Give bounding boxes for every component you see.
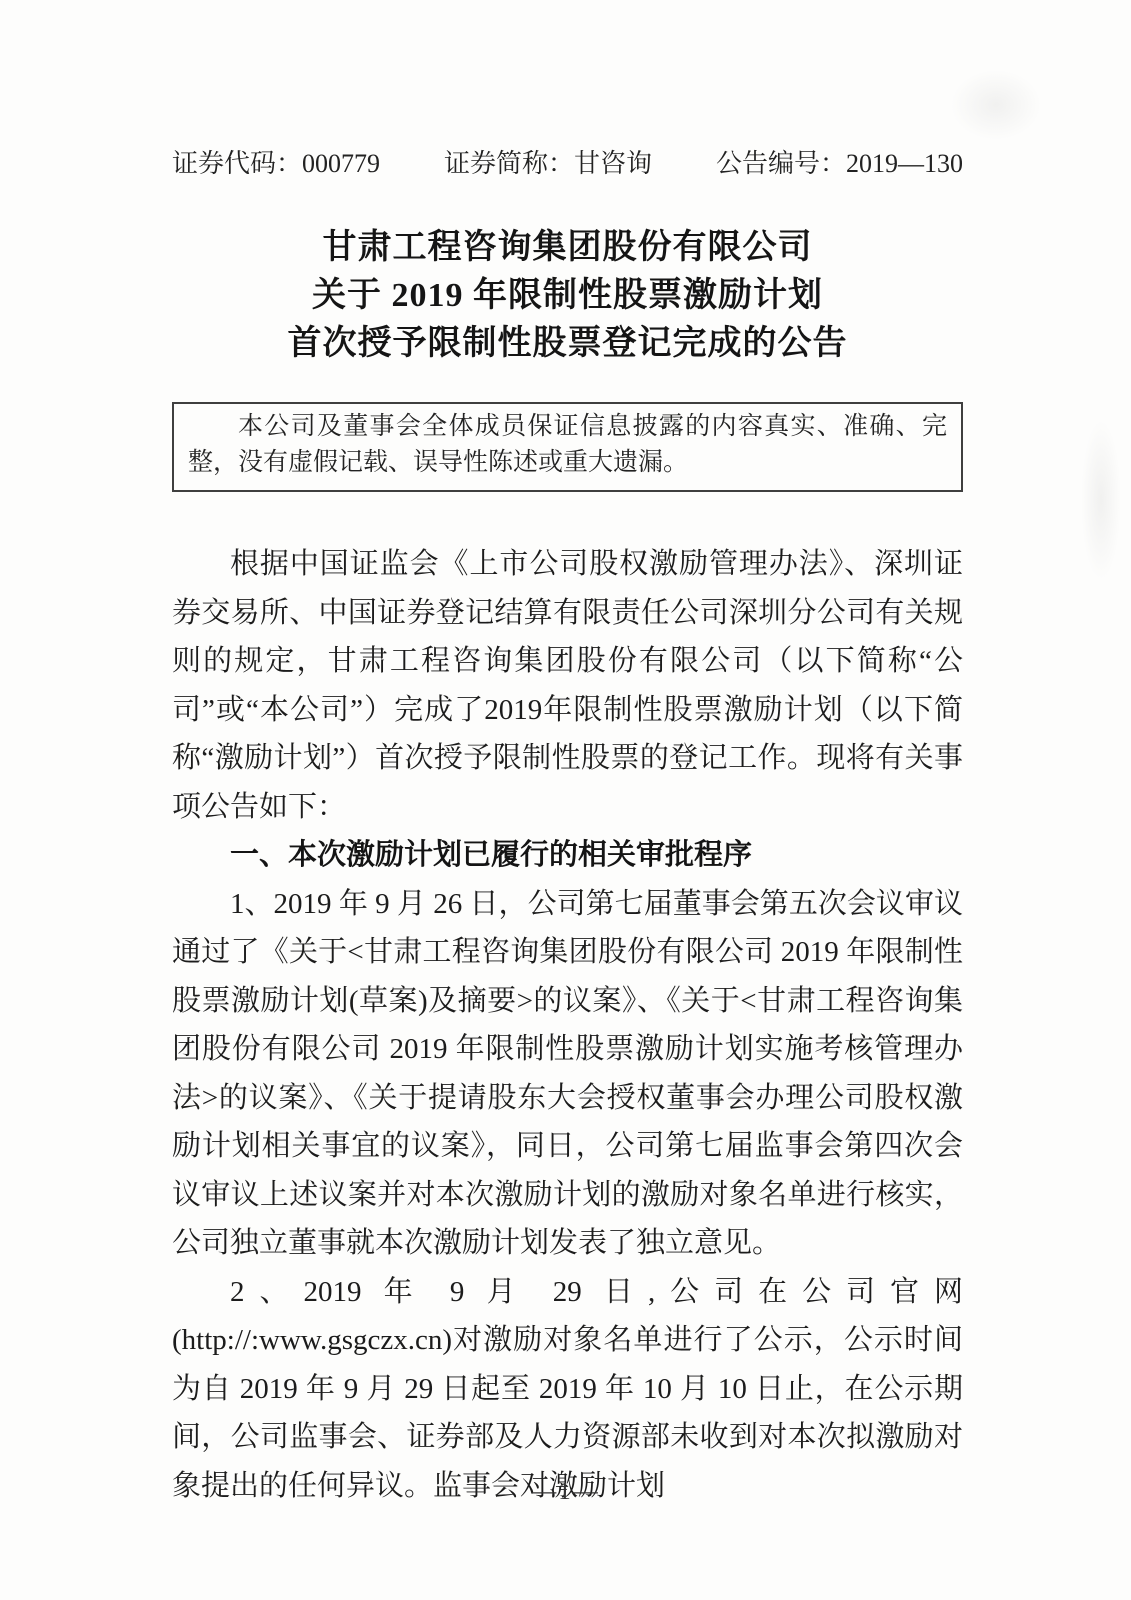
- stock-short-name: 证券简称：甘咨询: [444, 148, 652, 180]
- page-number: —1—: [0, 1478, 1131, 1506]
- doc-title-line3: 首次授予限制性股票登记完成的公告: [172, 320, 963, 368]
- paragraph-intro: 根据中国证监会《上市公司股权激励管理办法》、深圳证券交易所、中国证券登记结算有限…: [172, 540, 963, 831]
- doc-body: 根据中国证监会《上市公司股权激励管理办法》、深圳证券交易所、中国证券登记结算有限…: [172, 540, 963, 1510]
- doc-header: 证券代码：000779 证券简称：甘咨询 公告编号：2019—130: [172, 148, 963, 180]
- disclaimer-box: 本公司及董事会全体成员保证信息披露的内容真实、准确、完整，没有虚假记载、误导性陈…: [172, 402, 963, 492]
- section-heading-1: 一、本次激励计划已履行的相关审批程序: [172, 831, 963, 880]
- doc-title: 甘肃工程咨询集团股份有限公司 关于 2019 年限制性股票激励计划 首次授予限制…: [172, 224, 963, 368]
- paragraph-item-1: 1、2019 年 9 月 26 日，公司第七届董事会第五次会议审议通过了《关于<…: [172, 880, 963, 1268]
- announcement-number: 公告编号：2019—130: [716, 148, 963, 180]
- scan-artifact: [1081, 420, 1121, 580]
- disclaimer-text: 本公司及董事会全体成员保证信息披露的内容真实、准确、完整，没有虚假记载、误导性陈…: [188, 409, 947, 481]
- stock-code: 证券代码：000779: [172, 148, 380, 180]
- scan-artifact: [951, 70, 1041, 140]
- paragraph-item-2: 2、2019 年 9 月 29 日,公司在公司官网(http://:www.gs…: [172, 1268, 963, 1511]
- doc-title-line1: 甘肃工程咨询集团股份有限公司: [172, 224, 963, 272]
- doc-title-line2: 关于 2019 年限制性股票激励计划: [172, 272, 963, 320]
- document-page: 证券代码：000779 证券简称：甘咨询 公告编号：2019—130 甘肃工程咨…: [0, 0, 1131, 1600]
